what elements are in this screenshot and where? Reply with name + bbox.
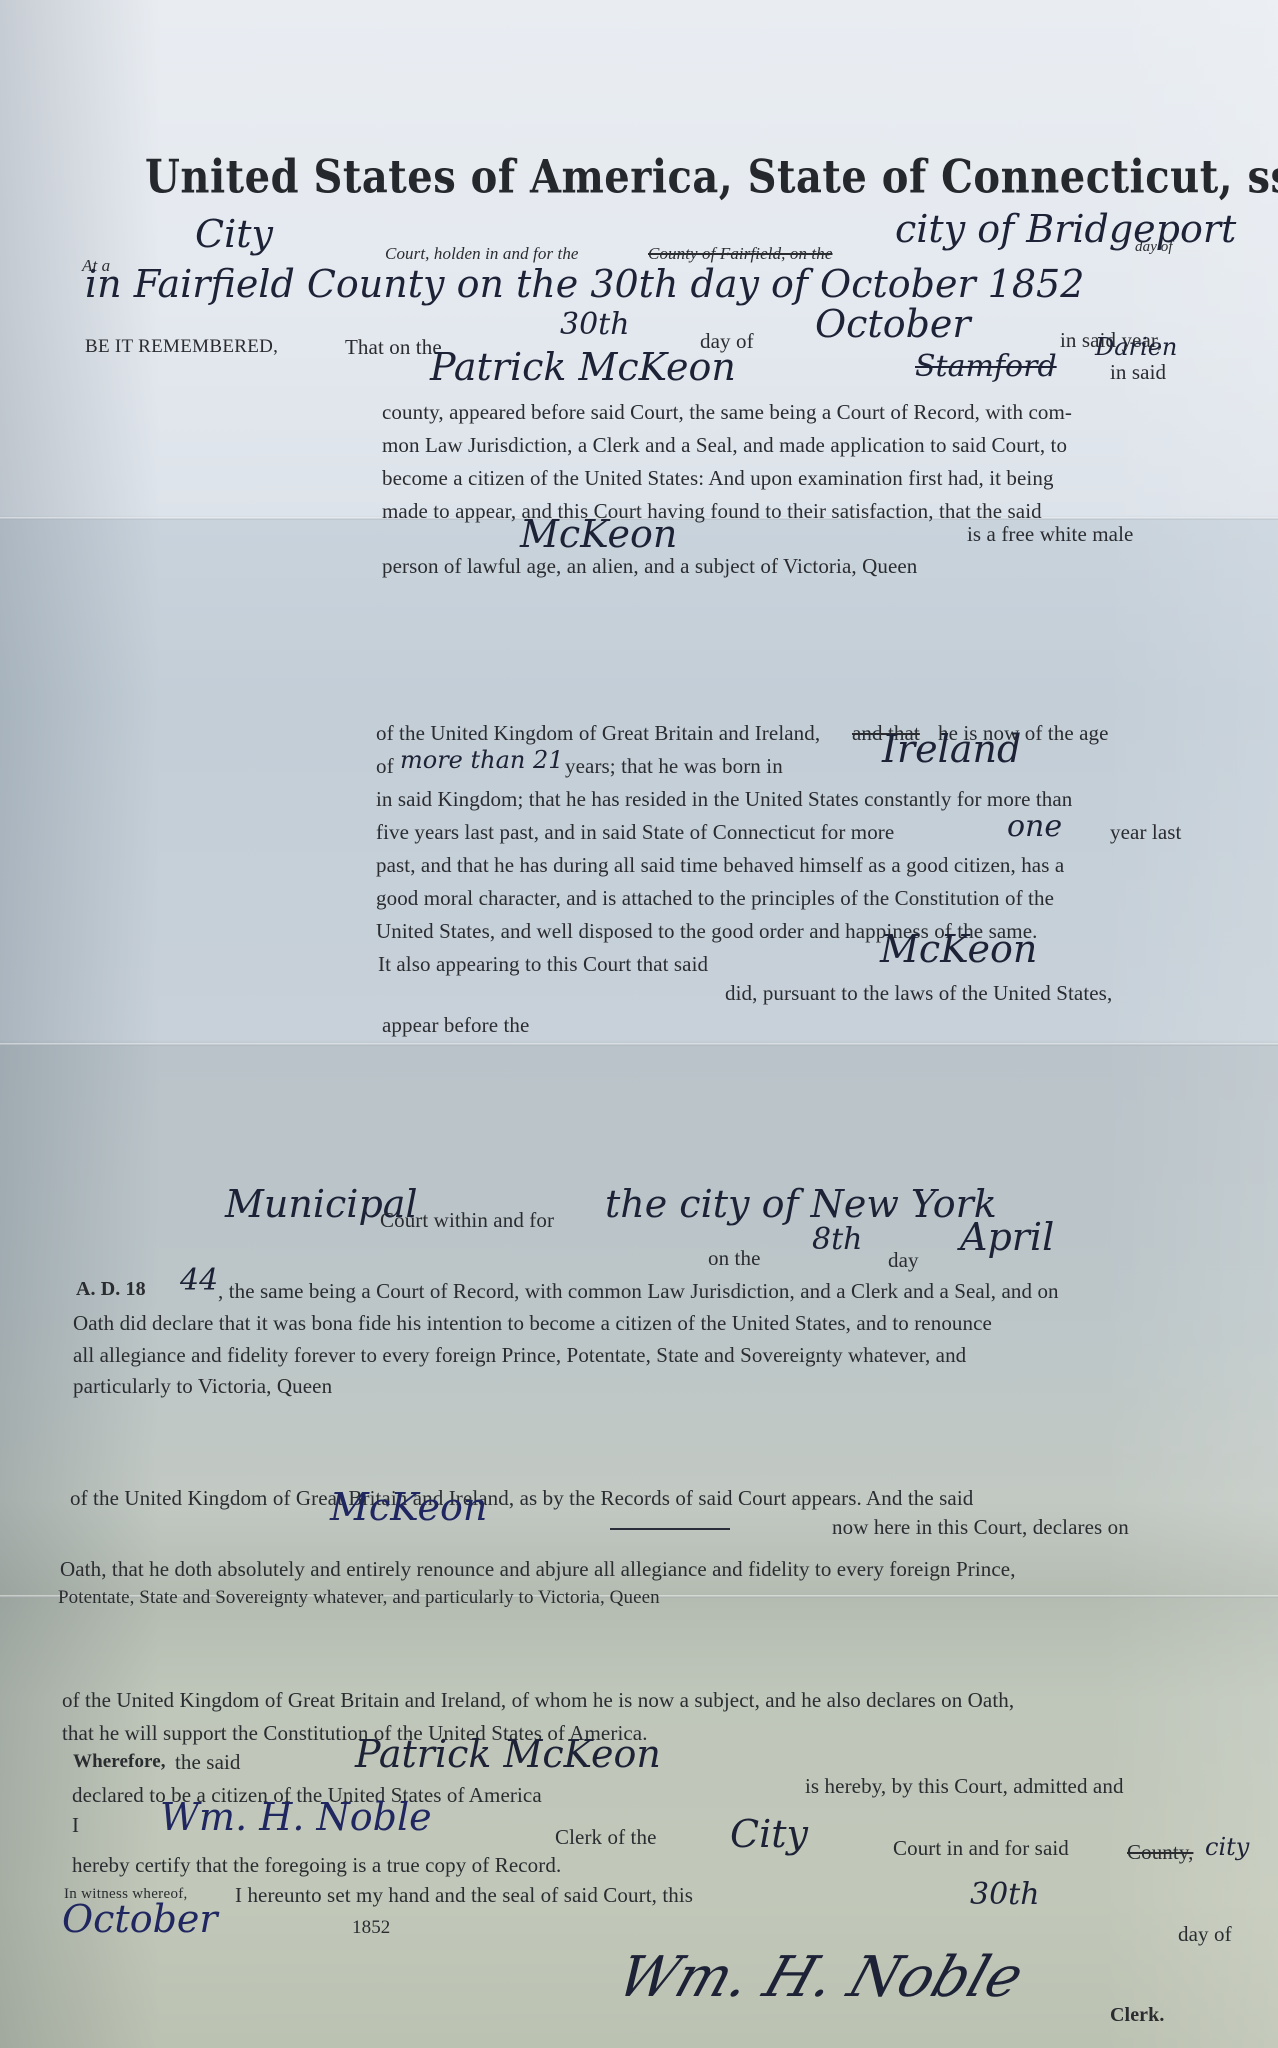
in-said-label: in said: [1110, 362, 1166, 383]
appear-before: appear before the: [382, 1015, 529, 1036]
surname-handwritten-2: McKeon: [880, 930, 1037, 968]
is-hereby: is hereby, by this Court, admitted and: [805, 1776, 1124, 1797]
body-line: become a citizen of the United States: A…: [382, 468, 1054, 489]
year-1852: 1852: [352, 1918, 390, 1937]
i-label: I: [72, 1815, 79, 1836]
fold-line: [0, 1043, 1278, 1046]
body-line: good moral character, and is attached to…: [376, 888, 1054, 909]
body-line: of the United Kingdom of Great Britain a…: [70, 1488, 973, 1509]
prior-month-handwritten: April: [960, 1218, 1054, 1256]
body-line: of the United Kingdom of Great Britain a…: [376, 723, 820, 744]
body-line: past, and that he has during all said ti…: [376, 855, 1064, 876]
person-lawful-age: person of lawful age, an alien, and a su…: [382, 556, 917, 577]
body-line: five years last past, and in said State …: [376, 822, 894, 843]
clerk-signature: Wm. H. Noble: [611, 1950, 1030, 2006]
body-line: all allegiance and fidelity forever to e…: [73, 1345, 966, 1366]
clerk-label: Clerk.: [1110, 2005, 1164, 2025]
on-the-label: on the: [708, 1248, 761, 1269]
day-label: day: [888, 1250, 919, 1271]
body-line: particularly to Victoria, Queen: [73, 1376, 332, 1397]
clerk-of-the: Clerk of the: [555, 1827, 657, 1848]
county-replacement-handwritten: city: [1205, 1835, 1249, 1859]
the-said-label: the said: [175, 1752, 241, 1773]
witness-day-handwritten: 30th: [970, 1880, 1040, 1910]
be-it-remembered: BE IT REMEMBERED,: [85, 337, 278, 356]
did-pursuant: did, pursuant to the laws of the United …: [725, 983, 1112, 1004]
body-line: county, appeared before said Court, the …: [382, 402, 1072, 423]
city-name-handwritten: city of Bridgeport: [895, 210, 1236, 248]
of-label: of: [376, 756, 394, 777]
applicant-name-handwritten: Patrick McKeon: [430, 348, 736, 386]
county-fairfield-struck: County of Fairfield, on the: [648, 245, 833, 262]
clerk-court-type-handwritten: City: [730, 1815, 808, 1853]
residence-handwritten: Darien: [1095, 335, 1177, 359]
blank-rule: [610, 1528, 730, 1530]
age-handwritten: more than 21: [400, 748, 564, 772]
birthplace-handwritten: Ireland: [882, 730, 1021, 768]
prior-court-city-handwritten: the city of New York: [605, 1185, 997, 1223]
it-also-appearing: It also appearing to this Court that sai…: [378, 954, 708, 975]
day-of-label: day of: [1135, 240, 1173, 255]
wherefore-label: Wherefore,: [73, 1752, 166, 1771]
witness-month-handwritten: October: [62, 1900, 218, 1938]
month-handwritten: October: [815, 305, 971, 343]
years-born-in: years; that he was born in: [565, 756, 783, 777]
body-line: Potentate, State and Sovereignty whateve…: [58, 1588, 660, 1607]
court-for-said: Court in and for said: [893, 1838, 1069, 1859]
county-struck: County,: [1127, 1842, 1193, 1863]
court-within: Court within and for: [380, 1210, 554, 1231]
court-type-handwritten: City: [195, 215, 273, 253]
body-line: Oath did declare that it was bona fide h…: [73, 1313, 992, 1334]
prior-day-handwritten: 8th: [812, 1225, 862, 1255]
body-line: in said Kingdom; that he has resided in …: [376, 789, 1072, 810]
county-line-handwritten: in Fairfield County on the 30th day of O…: [85, 265, 1084, 303]
prior-year-handwritten: 44: [180, 1266, 218, 1296]
body-line: , the same being a Court of Record, with…: [218, 1281, 1059, 1302]
day-of-label-3: day of: [1178, 1924, 1232, 1945]
ad-18-label: A. D. 18: [76, 1279, 146, 1299]
body-line: made to appear, and this Court having fo…: [382, 501, 1042, 522]
court-holden-label: Court, holden in and for the: [385, 245, 579, 262]
surname-handwritten: McKeon: [520, 515, 677, 553]
free-white-male: is a free white male: [967, 524, 1133, 545]
hereunto: I hereunto set my hand and the seal of s…: [235, 1885, 693, 1906]
clerk-name-handwritten: Wm. H. Noble: [160, 1798, 432, 1836]
document-title: United States of America, State of Conne…: [145, 150, 1278, 204]
years-in-state-handwritten: one: [1007, 812, 1062, 842]
struck-name-handwritten: Stamford: [915, 352, 1057, 382]
body-line: of the United Kingdom of Great Britain a…: [62, 1690, 1014, 1711]
year-last: year last: [1110, 822, 1181, 843]
hereby-certify: hereby certify that the foregoing is a t…: [72, 1855, 561, 1876]
body-line: Oath, that he doth absolutely and entire…: [60, 1559, 1016, 1580]
wherefore-name-handwritten: Patrick McKeon: [355, 1735, 661, 1773]
day-number-handwritten: 30th: [560, 310, 630, 340]
surname-handwritten-3: McKeon: [330, 1488, 487, 1526]
body-line: mon Law Jurisdiction, a Clerk and a Seal…: [382, 435, 1067, 456]
that-on-the: That on the: [345, 337, 442, 358]
now-here: now here in this Court, declares on: [832, 1517, 1129, 1538]
